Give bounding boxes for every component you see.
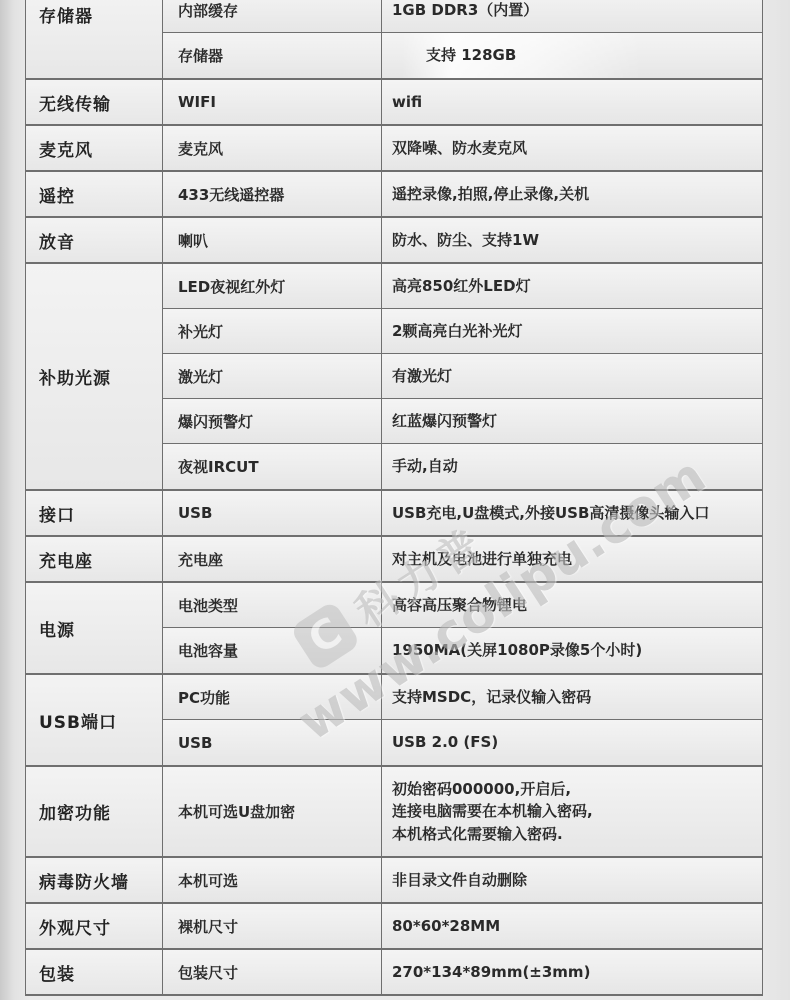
spec-group-aux-light: 补助光源 LED夜视红外灯 高亮850红外LED灯 补光灯 2颗高亮白光补光灯 … (26, 264, 762, 491)
category-cell: 无线传输 (26, 80, 163, 124)
spec-value-cell: 对主机及电池进行单独充电 (382, 537, 762, 581)
spec-label-cell: 夜视IRCUT (163, 444, 382, 489)
table-row: 补光灯 2颗高亮白光补光灯 (163, 309, 762, 354)
spec-table: 存储器 内部缓存 1GB DDR3（内置） 存储器 支持 128GB 无线传输 … (25, 0, 763, 996)
spec-label-cell: USB (163, 491, 382, 535)
spec-label-cell: LED夜视红外灯 (163, 264, 382, 308)
table-row: 电池类型 高容高压聚合物锂电 (163, 583, 762, 628)
spec-value-line: 本机格式化需要输入密码. (392, 823, 762, 846)
table-row: WIFI wifi (163, 80, 762, 124)
table-row: USB USB 2.0 (FS) (163, 720, 762, 765)
spec-label-cell: 本机可选U盘加密 (163, 767, 382, 856)
spec-group-microphone: 麦克风 麦克风 双降噪、防水麦克风 (26, 126, 762, 172)
table-row: 喇叭 防水、防尘、支持1W (163, 218, 762, 262)
table-row: 内部缓存 1GB DDR3（内置） (163, 0, 762, 33)
spec-group-encryption: 加密功能 本机可选U盘加密 初始密码000000,开启后, 连接电脑需要在本机输… (26, 767, 762, 858)
spec-value-cell: 高容高压聚合物锂电 (382, 583, 762, 627)
category-cell: 接口 (26, 491, 163, 535)
table-row: 激光灯 有激光灯 (163, 354, 762, 399)
spec-value-cell: 防水、防尘、支持1W (382, 218, 762, 262)
spec-value-cell: 手动,自动 (382, 444, 762, 489)
spec-group-packaging: 包装 包装尺寸 270*134*89mm(±3mm) (26, 950, 762, 996)
spec-value-cell: 1GB DDR3（内置） (382, 0, 762, 32)
table-row: 充电座 对主机及电池进行单独充电 (163, 537, 762, 581)
table-row: 存储器 支持 128GB (163, 33, 762, 78)
spec-value-cell: USB 2.0 (FS) (382, 720, 762, 765)
spec-group-power: 电源 电池类型 高容高压聚合物锂电 电池容量 1950MA(关屏1080P录像5… (26, 583, 762, 675)
spec-label-cell: 本机可选 (163, 858, 382, 902)
spec-group-remote: 遥控 433无线遥控器 遥控录像,拍照,停止录像,关机 (26, 172, 762, 218)
spec-label-cell: WIFI (163, 80, 382, 124)
spec-value-cell: 高亮850红外LED灯 (382, 264, 762, 308)
table-row: PC功能 支持MSDC，记录仪输入密码 (163, 675, 762, 720)
spec-group-storage: 存储器 内部缓存 1GB DDR3（内置） 存储器 支持 128GB (26, 0, 762, 80)
category-cell: 充电座 (26, 537, 163, 581)
spec-label-cell: 麦克风 (163, 126, 382, 170)
table-row: 本机可选 非目录文件自动删除 (163, 858, 762, 902)
category-cell: 电源 (26, 583, 163, 673)
spec-value-cell: 红蓝爆闪预警灯 (382, 399, 762, 443)
spec-value-cell: 支持MSDC，记录仪输入密码 (382, 675, 762, 719)
spec-label-cell: 包装尺寸 (163, 950, 382, 994)
table-row: 包装尺寸 270*134*89mm(±3mm) (163, 950, 762, 994)
category-cell: 麦克风 (26, 126, 163, 170)
spec-group-usb-port: USB端口 PC功能 支持MSDC，记录仪输入密码 USB USB 2.0 (F… (26, 675, 762, 767)
spec-label-cell: 电池容量 (163, 628, 382, 673)
spec-label-cell: PC功能 (163, 675, 382, 719)
spec-value-cell: 270*134*89mm(±3mm) (382, 950, 762, 994)
table-row: 本机可选U盘加密 初始密码000000,开启后, 连接电脑需要在本机输入密码, … (163, 767, 762, 856)
spec-group-virus-firewall: 病毒防火墙 本机可选 非目录文件自动删除 (26, 858, 762, 904)
category-cell: 包装 (26, 950, 163, 994)
spec-label-cell: 电池类型 (163, 583, 382, 627)
spec-value-cell: 有激光灯 (382, 354, 762, 398)
spec-value-line: 初始密码000000,开启后, (392, 778, 762, 801)
table-row: 433无线遥控器 遥控录像,拍照,停止录像,关机 (163, 172, 762, 216)
category-cell: 补助光源 (26, 264, 163, 489)
spec-group-dimensions: 外观尺寸 裸机尺寸 80*60*28MM (26, 904, 762, 950)
category-cell: 加密功能 (26, 767, 163, 856)
spec-label-cell: 爆闪预警灯 (163, 399, 382, 443)
spec-group-wireless: 无线传输 WIFI wifi (26, 80, 762, 126)
category-cell: 病毒防火墙 (26, 858, 163, 902)
spec-value-cell: USB充电,U盘模式,外接USB高清摄像头输入口 (382, 491, 762, 535)
spec-value-cell: 双降噪、防水麦克风 (382, 126, 762, 170)
spec-label-cell: 裸机尺寸 (163, 904, 382, 948)
spec-value-cell: 1950MA(关屏1080P录像5个小时) (382, 628, 762, 673)
spec-value-line: 连接电脑需要在本机输入密码, (392, 800, 762, 823)
table-row: 爆闪预警灯 红蓝爆闪预警灯 (163, 399, 762, 444)
spec-value-cell: 遥控录像,拍照,停止录像,关机 (382, 172, 762, 216)
category-cell: 存储器 (26, 0, 163, 78)
spec-group-speaker: 放音 喇叭 防水、防尘、支持1W (26, 218, 762, 264)
table-row: LED夜视红外灯 高亮850红外LED灯 (163, 264, 762, 309)
category-cell: 外观尺寸 (26, 904, 163, 948)
table-row: 夜视IRCUT 手动,自动 (163, 444, 762, 489)
spec-group-charging-dock: 充电座 充电座 对主机及电池进行单独充电 (26, 537, 762, 583)
spec-label-cell: 激光灯 (163, 354, 382, 398)
table-row: 麦克风 双降噪、防水麦克风 (163, 126, 762, 170)
table-row: USB USB充电,U盘模式,外接USB高清摄像头输入口 (163, 491, 762, 535)
spec-value-cell: 2颗高亮白光补光灯 (382, 309, 762, 353)
spec-value-cell: 初始密码000000,开启后, 连接电脑需要在本机输入密码, 本机格式化需要输入… (382, 767, 762, 856)
spec-group-interface: 接口 USB USB充电,U盘模式,外接USB高清摄像头输入口 (26, 491, 762, 537)
spec-label-cell: 喇叭 (163, 218, 382, 262)
spec-label-cell: 存储器 (163, 33, 382, 78)
spec-value-cell: 支持 128GB (382, 33, 762, 78)
table-row: 电池容量 1950MA(关屏1080P录像5个小时) (163, 628, 762, 673)
category-cell: USB端口 (26, 675, 163, 765)
spec-value-cell: wifi (382, 80, 762, 124)
spec-label-cell: 补光灯 (163, 309, 382, 353)
spec-label-cell: 充电座 (163, 537, 382, 581)
spec-value-cell: 80*60*28MM (382, 904, 762, 948)
spec-label-cell: USB (163, 720, 382, 765)
spec-value-cell: 非目录文件自动删除 (382, 858, 762, 902)
spec-label-cell: 内部缓存 (163, 0, 382, 32)
category-cell: 遥控 (26, 172, 163, 216)
table-row: 裸机尺寸 80*60*28MM (163, 904, 762, 948)
spec-sheet-page: 存储器 内部缓存 1GB DDR3（内置） 存储器 支持 128GB 无线传输 … (0, 0, 790, 1000)
spec-label-cell: 433无线遥控器 (163, 172, 382, 216)
category-cell: 放音 (26, 218, 163, 262)
